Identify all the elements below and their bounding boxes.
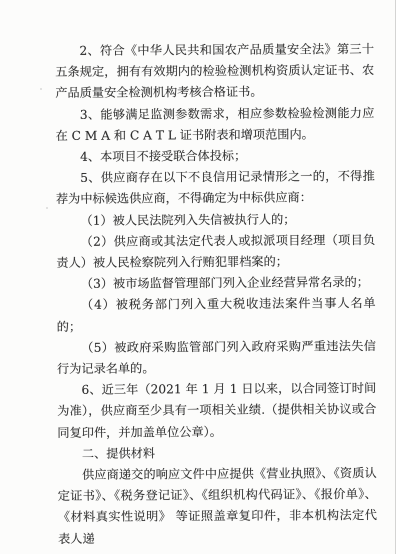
paragraph-requirement-3: 3、能够满足监测参数需求，相应参数检验检测能力应在 C M A 和 C A T … [55, 103, 374, 147]
scan-speck [40, 88, 42, 90]
paragraph-bad-record-2: （2）供应商或其法定代表人或拟派项目经理（项目负责人）被人民检察院列入行贿犯罪档… [56, 230, 375, 274]
paragraph-materials-list: 供应商递交的响应文件中应提供《营业执照》、《资质认定证书》、《税务登记证》、《组… [58, 463, 378, 550]
scan-speck [139, 520, 141, 522]
paragraph-requirement-5: 5、供应商存在以下不良信用记录情形之一的，不得推荐为中标候选供应商，不得确定为中… [56, 166, 375, 210]
paragraph-bad-record-3: （3）被市场监督管理部门列入企业经营异常名录的； [56, 272, 375, 295]
paragraph-bad-record-5: （5）被政府采购监管部门列入政府采购严重违法失信行为记录名单的。 [57, 336, 376, 380]
document-page: 2、符合《中华人民共和国农产品质量安全法》第三十五条规定，拥有有效期内的检验检测… [0, 0, 396, 554]
scan-speck [72, 518, 74, 520]
scan-speck [46, 207, 48, 209]
paragraph-requirement-6: 6、近三年（2021 年 1 月 1 日以来，以合同签订时间为准），供应商至少具… [57, 378, 376, 444]
paragraph-requirement-2: 2、符合《中华人民共和国农产品质量安全法》第三十五条规定，拥有有效期内的检验检测… [55, 39, 374, 105]
scan-speck [130, 118, 132, 120]
paragraph-bad-record-1: （1）被人民法院列入失信被执行人的； [56, 209, 375, 232]
document-text-block: 2、符合《中华人民共和国农产品质量安全法》第三十五条规定，拥有有效期内的检验检测… [55, 39, 377, 550]
paragraph-bad-record-4: （4）被税务部门列入重大税收违法案件当事人名单的； [57, 293, 376, 337]
paragraph-requirement-4: 4、本项目不接受联合体投标； [56, 145, 375, 168]
section-heading-materials: 二、提供材料 [57, 442, 376, 465]
